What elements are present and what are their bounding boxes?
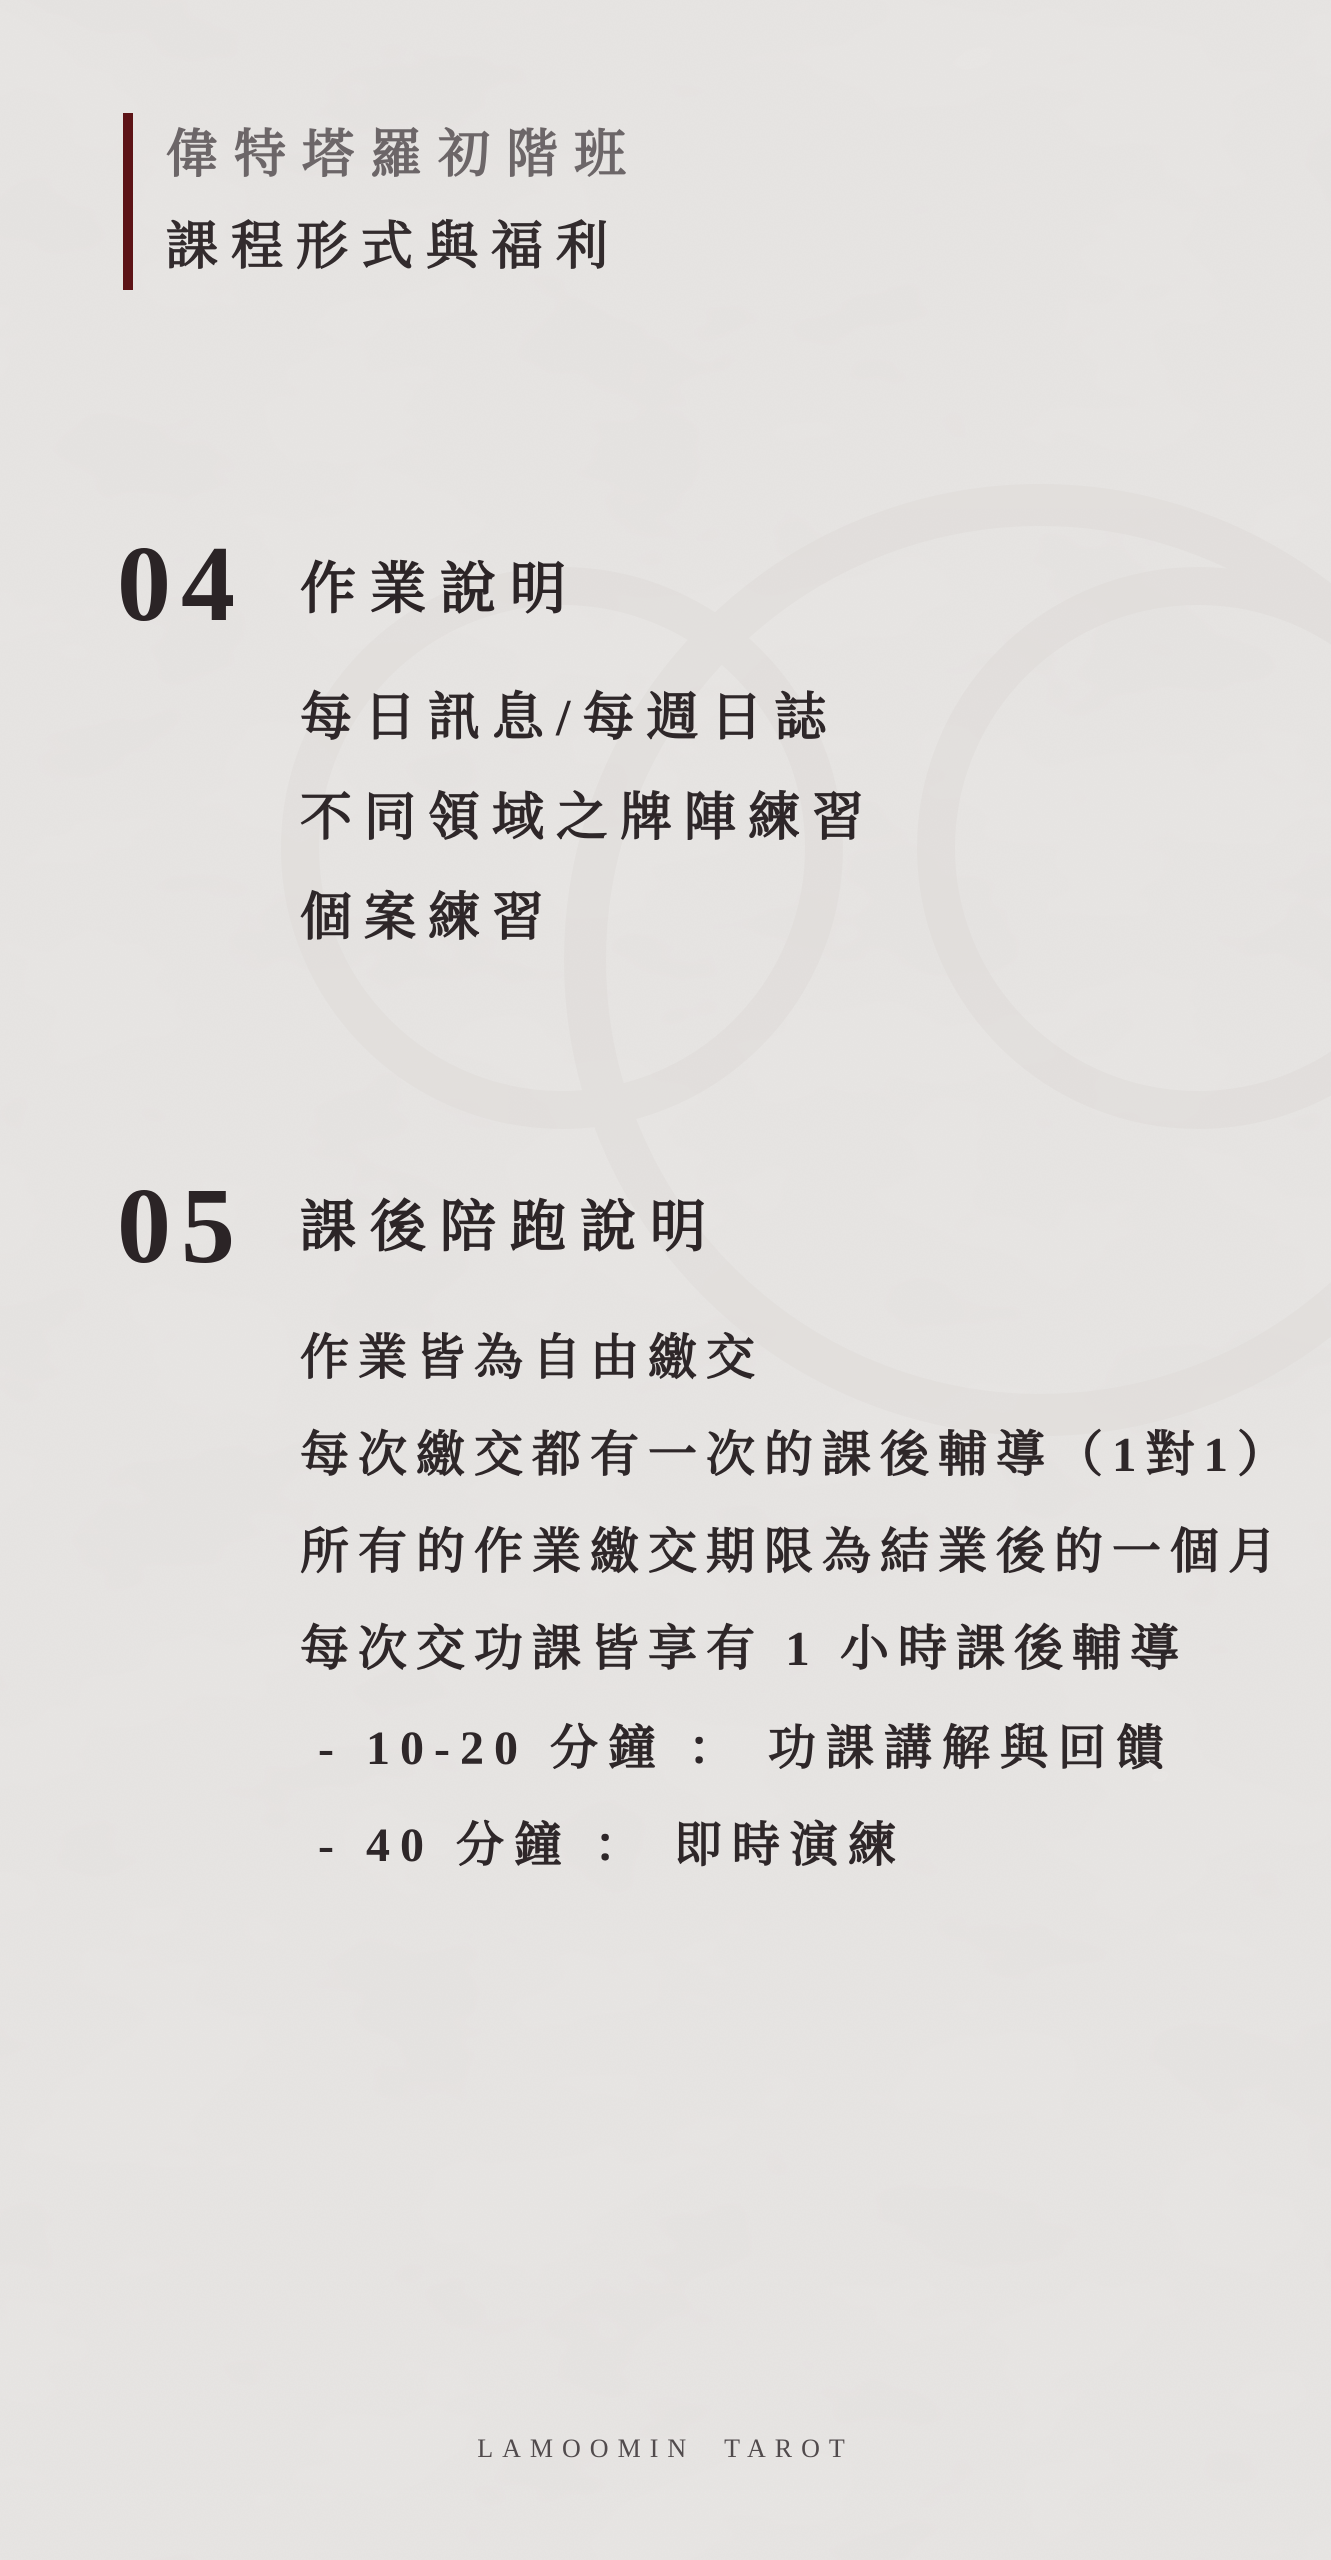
- section-05-items: 作業皆為自由繳交 每次繳交都有一次的課後輔導（1對1） 所有的作業繳交期限為結業…: [300, 1309, 1295, 1697]
- list-item: 個案練習: [300, 869, 876, 969]
- section-05-subitems: - 10-20 分鐘 ： 功課講解與回饋 - 40 分鐘 ： 即時演練: [318, 1700, 1174, 1894]
- section-heading-after-class: 課後陪跑說明: [300, 1200, 720, 1256]
- list-item: 所有的作業繳交期限為結業後的一個月: [300, 1503, 1295, 1600]
- section-number-04: 04: [117, 531, 245, 639]
- list-item: 每次繳交都有一次的課後輔導（1對1）: [300, 1406, 1295, 1503]
- list-item: 作業皆為自由繳交: [300, 1309, 1295, 1406]
- page-subtitle: 課程形式與福利: [166, 222, 621, 274]
- sub-list-item: - 10-20 分鐘 ： 功課講解與回饋: [318, 1700, 1174, 1797]
- sub-list-item: - 40 分鐘 ： 即時演練: [318, 1797, 1174, 1894]
- brand-footer: LAMOOMIN TAROT: [0, 2436, 1331, 2462]
- list-item: 不同領域之牌陣練習: [300, 769, 876, 869]
- list-item: 每日訊息/每週日誌: [300, 669, 876, 769]
- section-number-05: 05: [117, 1173, 245, 1281]
- section-heading-homework: 作業說明: [300, 562, 580, 618]
- accent-bar: [123, 113, 133, 290]
- page-title: 偉特塔羅初階班: [166, 130, 642, 182]
- section-04-items: 每日訊息/每週日誌 不同領域之牌陣練習 個案練習: [300, 669, 876, 969]
- poster-page: 偉特塔羅初階班 課程形式與福利 04 作業說明 每日訊息/每週日誌 不同領域之牌…: [0, 0, 1331, 2560]
- list-item: 每次交功課皆享有 1 小時課後輔導: [300, 1600, 1295, 1697]
